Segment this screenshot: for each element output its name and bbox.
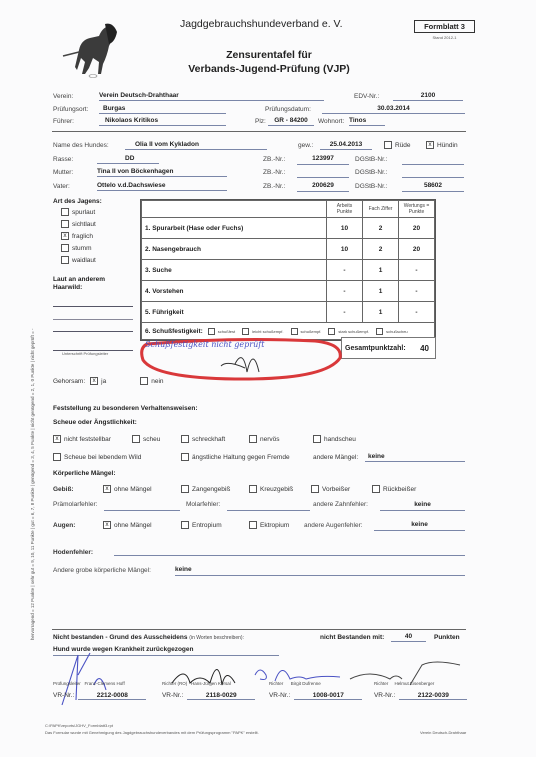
edv-field[interactable]: 2100 [393,92,463,101]
table-header: Arbeits Punkte Fach Ziffer Wertungs = Pu… [142,201,435,218]
checkbox[interactable] [132,435,140,443]
judges-vr: VR-Nr.:2212-0008 VR-Nr.:2118-0029 VR-Nr.… [53,692,473,700]
option-label: ohne Mängel [114,522,152,529]
judge-1: Prüfungsleiter Franz-Clemens Hoff [53,681,162,686]
verhalten-title: Feststellung zu besonderen Verhaltenswei… [53,405,197,412]
andere-maengel-field[interactable]: keine [365,453,465,462]
option-label: fraglich [72,233,93,240]
dog-name-field[interactable]: Olia II vom Kykladon [125,141,267,150]
fuehrer-label: Führer: [53,118,74,125]
gew-label: gew.: [298,142,313,149]
option-label: handscheu [324,436,356,443]
gebiss-option[interactable]: Kreuzgebiß [249,485,293,493]
augenfehler-label: andere Augenfehler: [304,522,363,529]
andere-maengel-label: andere Mängel: [313,454,358,461]
footer-path: C:\PAPK\reports\JGHV_Formblatt3.rpt [45,723,113,728]
ruede-checkbox[interactable]: Rüde [384,141,411,149]
augen-option[interactable]: xohne Mängel [103,521,152,529]
laut-line[interactable] [53,319,133,320]
gesamt-label: Gesamtpunktzahl: [345,345,406,352]
schuss-option: leicht schußempf. [252,329,283,334]
gebiss-option[interactable]: Zangengebiß [181,485,230,493]
option-label: Ektropium [260,522,289,529]
vater-label: Vater: [53,183,70,190]
score-table: Arbeits Punkte Fach Ziffer Wertungs = Pu… [140,199,436,341]
jagen-option[interactable]: waidlaut [61,256,96,264]
checkbox[interactable] [376,328,383,335]
checkbox[interactable] [372,485,380,493]
checkbox[interactable]: x [103,485,111,493]
nicht-bestanden-hint: (in Worten beschreiben): [189,635,244,641]
laut-line[interactable] [53,331,133,332]
ort-field[interactable]: Burgas [99,105,226,114]
rasse-field[interactable]: DD [97,155,159,164]
option-label: spurlaut [72,209,95,216]
col-fach: Fach Ziffer [363,201,399,218]
mutter-zb-field[interactable] [297,168,349,178]
verein-field[interactable]: Verein Deutsch-Drahthaar [99,92,324,101]
footer-verein: Verein Deutsch-Drahthaar [420,730,466,735]
dog-name-label: Name des Hundes: [53,142,109,149]
zahnfehler-field[interactable]: keine [380,501,465,511]
koerper-title: Körperliche Mängel: [53,470,115,477]
rasse-zb-label: ZB.-Nr.: [263,156,285,163]
option-label: ängstliche Haltung gegen Fremde [192,454,290,461]
mutter-label: Mutter: [53,169,73,176]
gehorsam-row: Gehorsam: x ja nein [53,377,164,385]
grobe-maengel-label: Andere grobe körperliche Mängel: [53,567,151,574]
ort-label: Prüfungsort: [53,106,88,113]
praemolar-label: Prämolarfehler: [53,501,97,508]
mutter-dgstb-label: DGStB-Nr.: [355,169,388,176]
option-label: Vorbeißer [322,486,350,493]
option-label: schreckhaft [192,436,225,443]
table-row: 4. Vorstehen-1- [142,281,435,302]
gesamt-value: 40 [420,344,429,353]
side-scale-text: hervorragend = 12 Punkte | sehr gut = 9,… [30,140,35,640]
judge-3-vr: VR-Nr.:1008-0017 [269,692,374,700]
verein-label: Verein: [53,93,73,100]
col-arbeit: Arbeits Punkte [327,201,363,218]
zahnfehler-label: andere Zahnfehler: [313,501,368,508]
page-title-line1: Zensurentafel für [180,49,358,61]
vater-zb-field[interactable]: 200629 [297,182,349,192]
checkbox[interactable] [311,485,319,493]
divider [52,131,466,132]
jagen-option[interactable]: spurlaut [61,208,96,216]
ruede-label: Rüde [395,142,411,149]
checkbox[interactable] [249,521,257,529]
judges-names: Prüfungsleiter Franz-Clemens Hoff Richte… [53,681,473,686]
checkbox[interactable] [242,328,249,335]
checkbox[interactable]: x [103,521,111,529]
option-label: Scheue bei lebendem Wild [64,454,141,461]
rasse-label: Rasse: [53,156,73,163]
gehorsam-label: Gehorsam: [53,378,85,385]
plz-field[interactable]: GR - 84200 [268,117,314,126]
schuss-option: schußfest [218,329,235,334]
table-row: 3. Suche-1- [142,260,435,281]
option-label: nicht feststellbar [64,436,111,443]
scheue-option[interactable]: handscheu [313,435,356,443]
vater-dgstb-label: DGStB-Nr.: [355,183,388,190]
checkbox[interactable] [181,521,189,529]
laut-title: Laut an anderem Haarwild: [53,276,133,292]
col-wertung: Wertungs = Punkte [399,201,435,218]
form-label: Formblatt 3 [414,20,475,33]
scheue-option[interactable]: nervös [249,435,280,443]
mutter-field[interactable]: Tina II von Böckenhagen [97,168,227,177]
praemolar-field[interactable] [104,501,180,511]
schuss-option: stark schußempf. [338,329,369,334]
grobe-maengel-field[interactable]: keine [175,566,465,576]
option-label: scheu [143,436,160,443]
judge-3: Richter Birgit Dufrenne [269,681,374,686]
jagen-option[interactable]: xfraglich [61,232,96,240]
footer-note: Das Formular wurde mit Genehmigung des J… [45,730,259,735]
checkbox[interactable] [61,244,69,252]
mutter-zb-label: ZB.-Nr.: [263,169,285,176]
augenfehler-field[interactable]: keine [374,521,465,531]
checkbox[interactable] [249,435,257,443]
augen-option[interactable]: Entropium [181,521,222,529]
scheue-option[interactable]: xnicht feststellbar [53,435,111,443]
molar-field[interactable] [227,501,310,511]
scheue-option[interactable]: Scheue bei lebendem Wild [53,453,141,461]
gebiss-option[interactable]: xohne Mängel [103,485,152,493]
vater-dgstb-field[interactable]: 58602 [402,182,464,192]
judge-4: Richter Helmut Eisenberger [374,681,473,686]
divider [52,629,466,630]
option-label: Entropium [192,522,222,529]
rasse-zb-field[interactable]: 123997 [297,155,349,165]
checkbox[interactable] [208,328,215,335]
page-title-line2: Verbands-Jugend-Prüfung (VJP) [170,63,368,75]
schuss-option: schußscheu [386,329,408,334]
ruede-box[interactable] [384,141,392,149]
gew-field[interactable]: 25.04.2013 [320,141,372,150]
unterschrift-label: Unterschrift Prüfungsleiter [62,351,108,356]
rasse-dgstb-label: DGStB-Nr.: [355,156,388,163]
nicht-bestanden-label: Nicht bestanden - Grund des Ausscheidens [53,634,187,641]
checkbox[interactable] [181,485,189,493]
datum-label: Prüfungsdatum: [265,106,311,113]
jagen-options: spurlaut sichtlaut xfraglich stumm waidl… [61,208,96,264]
gehorsam-ja-label: ja [101,378,106,385]
plz-label: Plz: [255,118,266,125]
schuss-option: schußempf. [301,329,322,334]
checkbox[interactable] [61,208,69,216]
datum-field[interactable]: 30.03.2014 [322,105,465,114]
scheue-option[interactable]: scheu [132,435,160,443]
checkbox[interactable]: x [53,435,61,443]
molar-label: Molarfehler: [186,501,220,508]
wohnort-field[interactable]: Tinos [349,117,385,126]
checkbox[interactable] [53,453,61,461]
option-label: Rückbeißer [383,486,416,493]
huendin-label: Hündin [437,142,458,149]
option-label: ohne Mängel [114,486,152,493]
scheue-option[interactable]: schreckhaft [181,435,225,443]
handwritten-note: Schußfestigkeit nicht geprüft [145,340,264,349]
checkbox[interactable] [61,220,69,228]
hunting-dog-logo-icon [55,12,125,82]
fuehrer-field[interactable]: Nikolaos Kritikos [99,117,226,126]
jagen-option[interactable]: sichtlaut [61,220,96,228]
rasse-dgstb-field[interactable] [402,155,464,165]
mutter-dgstb-field[interactable] [402,168,464,178]
form-stand: Stand 2012-1 [414,35,475,40]
table-row: 1. Spurarbeit (Hase oder Fuchs)10220 [142,218,435,239]
vater-field[interactable]: Ottelo v.d.Dachswiese [97,182,227,191]
vater-zb-label: ZB.-Nr.: [263,183,285,190]
gebiss-label: Gebiß: [53,486,74,493]
gesamt-box: Gesamtpunktzahl: 40 [341,337,436,359]
organization-name: Jagdgebrauchshundeverband e. V. [180,18,343,30]
option-label: nervös [260,436,280,443]
checkbox[interactable] [313,435,321,443]
option-label: stumm [72,245,92,252]
checkbox[interactable]: x [61,232,69,240]
gehorsam-ja-checkbox[interactable]: x [90,377,98,385]
edv-label: EDV-Nr.: [354,93,379,100]
jagen-option[interactable]: stumm [61,244,96,252]
table-row: 5. Führigkeit-1- [142,302,435,323]
schuss-label: 6. Schußfestigkeit: [145,328,203,335]
jagen-title: Art des Jagens: [53,198,102,205]
nicht-bestanden-row: Nicht bestanden - Grund des Ausscheidens… [53,634,244,641]
checkbox[interactable] [61,256,69,264]
laut-line[interactable] [53,306,133,307]
gebiss-option[interactable]: Rückbeißer [372,485,416,493]
augen-option[interactable]: Ektropium [249,521,289,529]
scheue-title: Scheue oder Ängstlichkeit: [53,419,137,426]
table-row: 2. Nasengebrauch10220 [142,239,435,260]
judge-2: Richter (RO) Hans-Jürgen Kersal [162,681,269,686]
gehorsam-nein-checkbox[interactable] [140,377,148,385]
punkte-field[interactable]: 40 [391,633,426,642]
option-label: waidlaut [72,257,96,264]
checkbox[interactable] [181,453,189,461]
hoden-field[interactable] [114,546,465,556]
punkte-label: nicht Bestanden mit: [320,634,384,641]
scheue-option[interactable]: ängstliche Haltung gegen Fremde [181,453,290,461]
wohnort-label: Wohnort: [318,118,344,125]
hoden-label: Hodenfehler: [53,549,93,556]
judge-4-vr: VR-Nr.:2122-0039 [374,692,473,700]
checkbox[interactable] [181,435,189,443]
punkte-suffix: Punkten [434,634,460,641]
signatures-icon [50,645,470,710]
option-label: Zangengebiß [192,486,230,493]
option-label: sichtlaut [72,221,96,228]
huendin-box[interactable]: x [426,141,434,149]
judge-1-vr: VR-Nr.:2212-0008 [53,692,162,700]
gehorsam-nein-label: nein [151,378,163,385]
checkbox[interactable] [328,328,335,335]
option-label: Kreuzgebiß [260,486,293,493]
checkbox[interactable] [291,328,298,335]
gebiss-option[interactable]: Vorbeißer [311,485,350,493]
checkbox[interactable] [249,485,257,493]
judge-2-vr: VR-Nr.:2118-0029 [162,692,269,700]
augen-label: Augen: [53,522,75,529]
huendin-checkbox[interactable]: xHündin [426,141,458,149]
